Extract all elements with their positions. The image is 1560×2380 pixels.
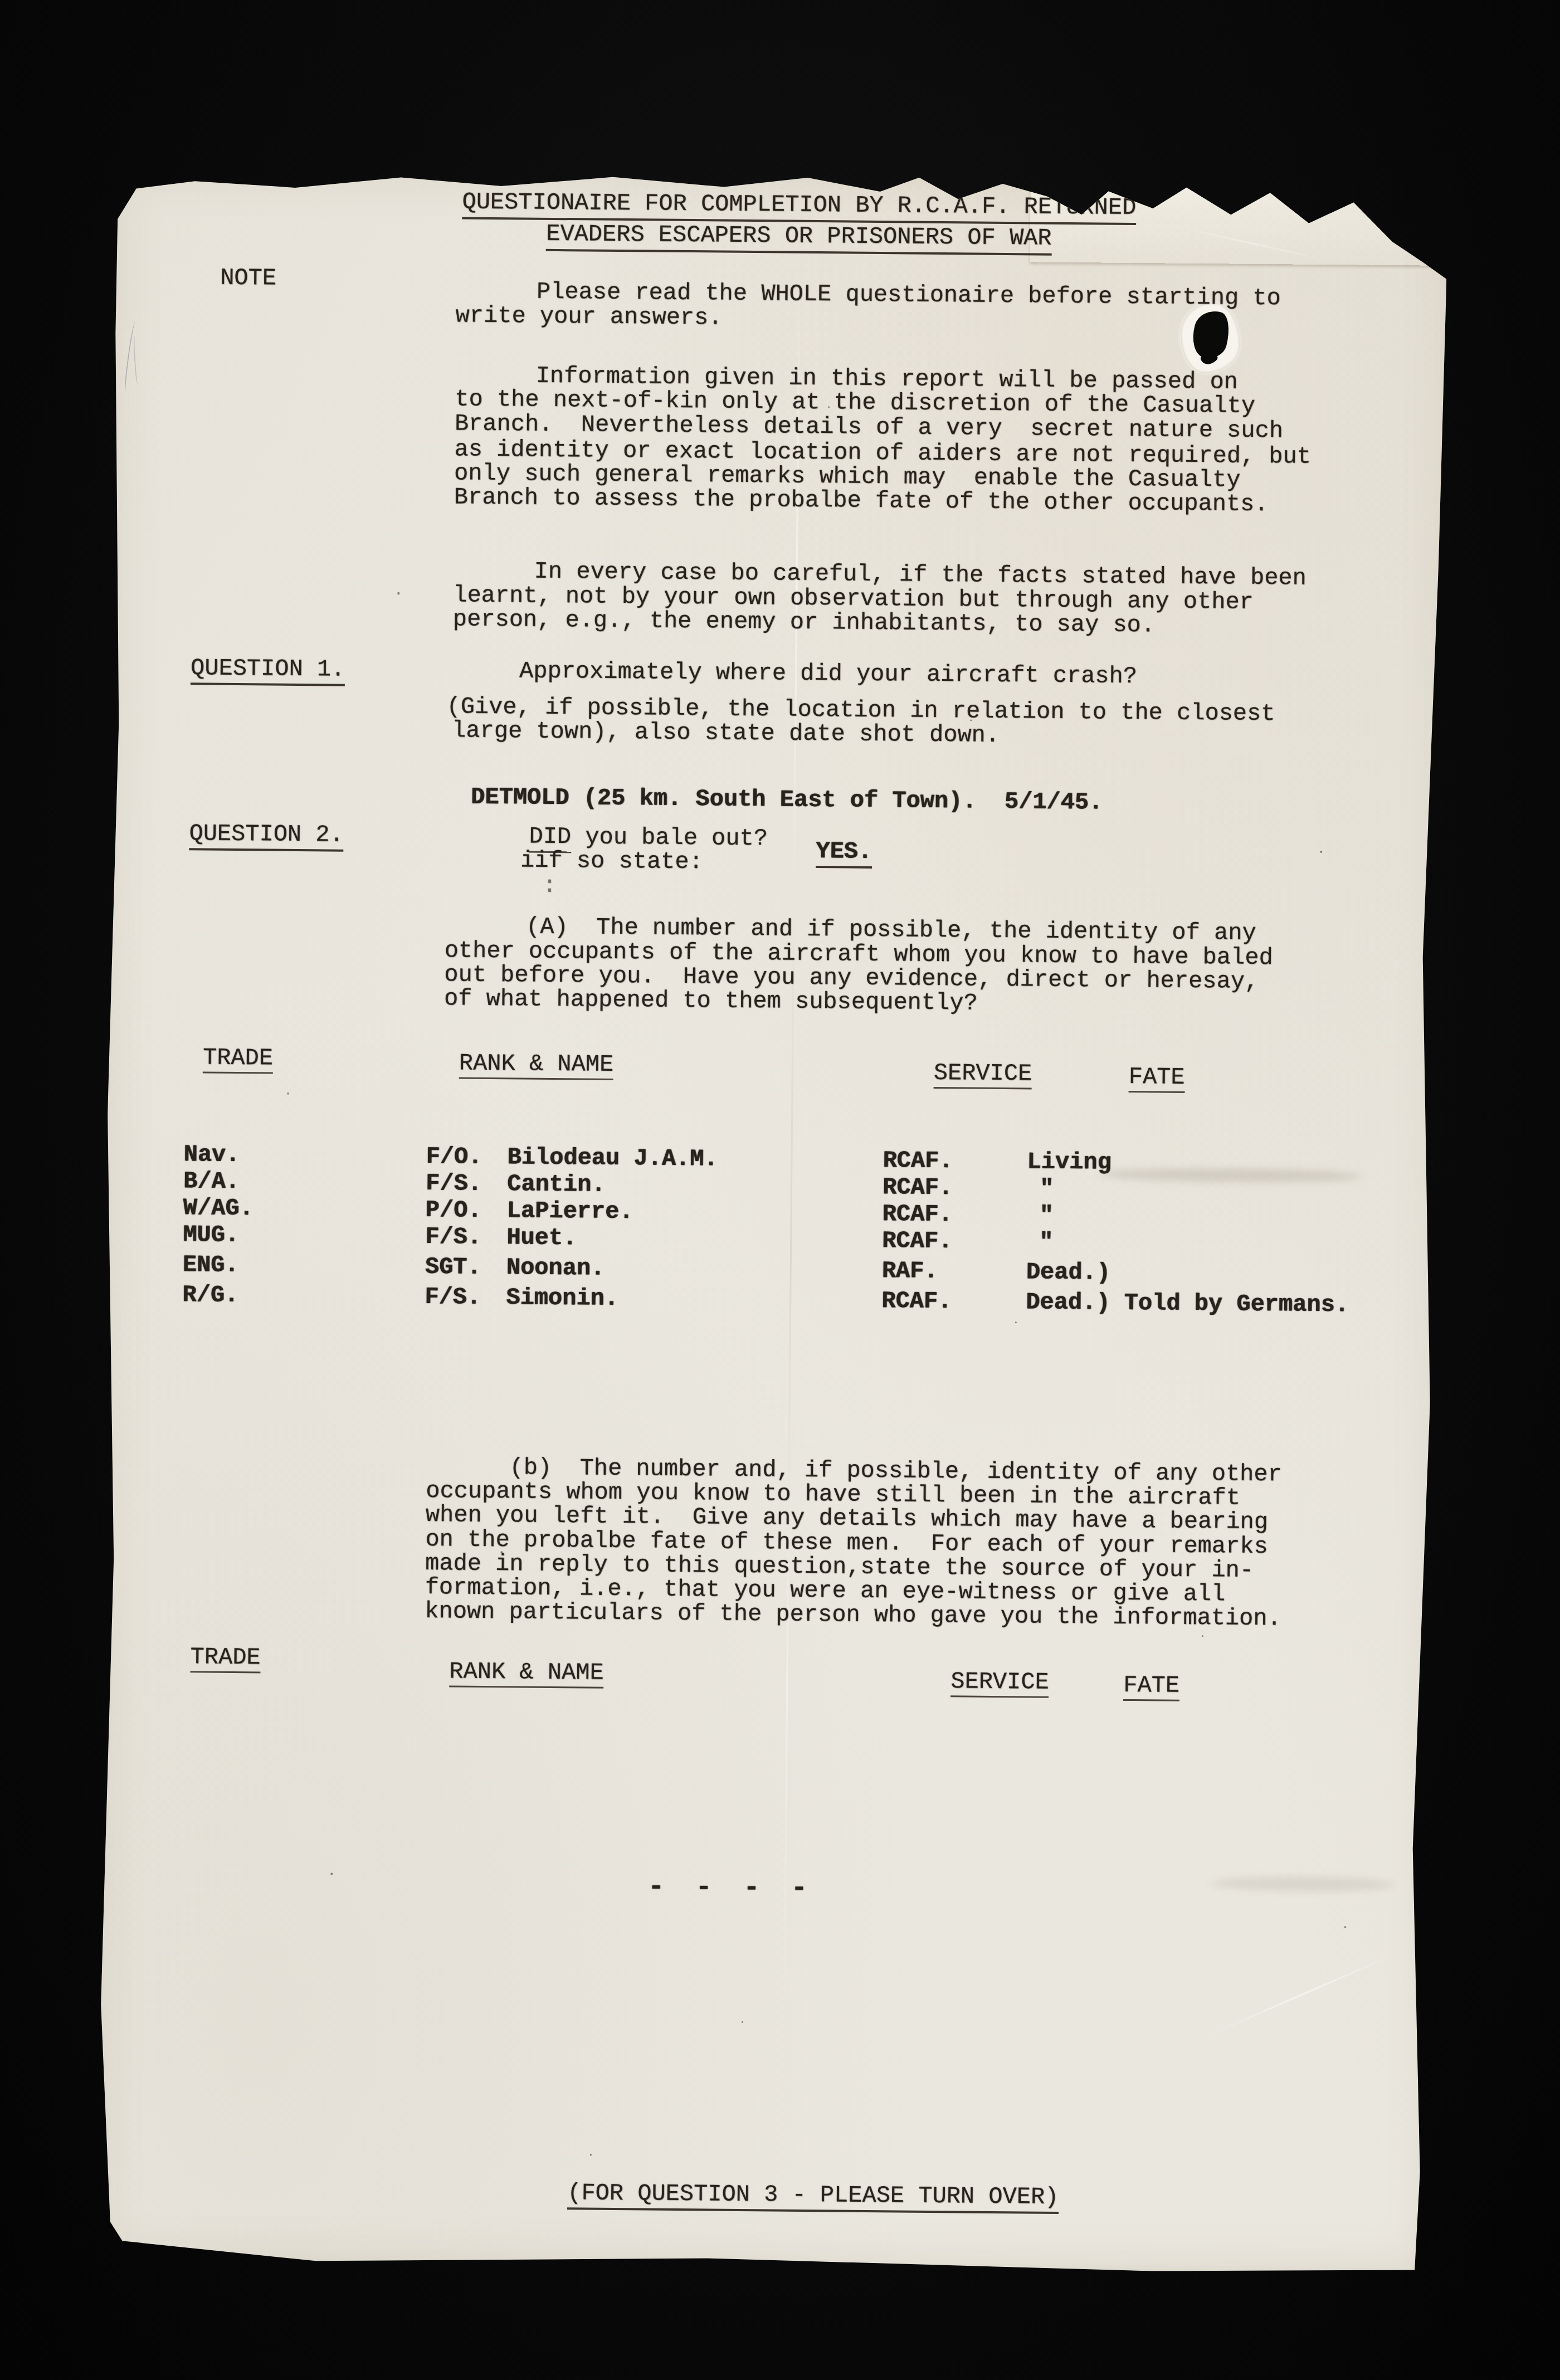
ink-smudge-row1 bbox=[1100, 1168, 1362, 1183]
question2-label: QUESTION 2. bbox=[189, 821, 344, 851]
vertical-fold-crease bbox=[783, 272, 800, 2027]
diagonal-crease-bottom-right bbox=[1207, 1950, 1402, 2036]
separator-dashes: - - - - bbox=[648, 1875, 815, 1902]
crew-name: Noonan. bbox=[506, 1255, 605, 1281]
crew-row: R/G. F/S. Simonin. RCAF. Dead.) Told by … bbox=[111, 166, 1454, 178]
table2-header-trade: TRADE bbox=[190, 1644, 260, 1673]
question1-label: QUESTION 1. bbox=[191, 655, 345, 686]
crew-service: RCAF. bbox=[882, 1201, 952, 1227]
crew-name: Bilodeau J.A.M. bbox=[507, 1144, 718, 1172]
question1-line: Approximately where did your aircraft cr… bbox=[519, 658, 1137, 689]
paper-specks bbox=[111, 166, 1454, 178]
crew-trade: ENG. bbox=[183, 1252, 239, 1278]
table2-header-fate: FATE bbox=[1123, 1672, 1179, 1701]
photo-background: { "document": { "title_line1": "QUESTION… bbox=[0, 0, 1560, 2380]
crew-fate: " bbox=[1039, 1230, 1054, 1255]
crew-name: Huet. bbox=[506, 1225, 577, 1251]
crew-fate: " bbox=[1039, 1203, 1054, 1228]
question2-answer: YES. bbox=[816, 838, 872, 869]
crew-rank: F/S. bbox=[426, 1171, 482, 1197]
crew-row: MUG. F/S. Huet. RCAF. " bbox=[111, 166, 1454, 178]
crew-service: RCAF. bbox=[882, 1228, 952, 1254]
question1-answer: DETMOLD (25 km. South East of Town). 5/1… bbox=[471, 784, 1103, 816]
section-a-line: of what happened to them subsequently? bbox=[444, 986, 978, 1016]
table2-header-service: SERVICE bbox=[950, 1669, 1049, 1698]
crew-row: B/A. F/S. Cantin. RCAF. " bbox=[111, 166, 1454, 178]
crew-service: RAF. bbox=[882, 1258, 938, 1284]
crew-rank: F/O. bbox=[426, 1144, 482, 1170]
crew-service: RCAF. bbox=[883, 1148, 953, 1174]
crew-fate: Living bbox=[1027, 1149, 1111, 1175]
crew-fate: Dead.) Told by Germans. bbox=[1026, 1289, 1349, 1318]
crew-fate: Dead.) bbox=[1026, 1259, 1111, 1285]
crew-trade: MUG. bbox=[183, 1222, 239, 1248]
crew-rank: F/S. bbox=[425, 1224, 481, 1250]
crew-service: RCAF. bbox=[883, 1174, 953, 1201]
crew-name: Cantin. bbox=[507, 1171, 606, 1198]
smudge-mid-right bbox=[1211, 1876, 1395, 1892]
care-paragraph-line: person, e.g., the enemy or inhabitants, … bbox=[453, 606, 1156, 638]
crew-trade: W/AG. bbox=[183, 1195, 253, 1221]
crew-name: LaPierre. bbox=[506, 1198, 633, 1225]
crew-rank: P/O. bbox=[425, 1197, 481, 1223]
document-title: QUESTIONAIRE FOR COMPLETION BY R.C.A.F. … bbox=[133, 186, 1465, 223]
crew-trade: B/A. bbox=[183, 1168, 240, 1194]
table1-header-service: SERVICE bbox=[934, 1060, 1032, 1090]
crew-name: Simonin. bbox=[506, 1285, 618, 1311]
table1-header-trade: TRADE bbox=[203, 1045, 273, 1074]
table2-header-rank-name: RANK & NAME bbox=[449, 1659, 604, 1688]
note-line: write your answers. bbox=[455, 303, 722, 330]
scanned-questionnaire-page: QUESTIONAIRE FOR COMPLETION BY R.C.A.F. … bbox=[93, 166, 1454, 2275]
crew-row: Nav. F/O. Bilodeau J.A.M. RCAF. Living bbox=[111, 166, 1454, 178]
question2-condition: iif so state: bbox=[520, 847, 703, 875]
note-label: NOTE bbox=[220, 265, 276, 291]
crew-trade: R/G. bbox=[182, 1282, 238, 1308]
stray-typed-mark: : bbox=[543, 873, 557, 899]
pencil-mark-left-edge-2 bbox=[133, 336, 139, 384]
footer-turn-over-note: (FOR QUESTION 3 - PLEASE TURN OVER) bbox=[567, 2180, 1059, 2214]
crew-row: ENG. SGT. Noonan. RAF. Dead.) bbox=[111, 166, 1454, 178]
table1-header-rank-name: RANK & NAME bbox=[459, 1051, 614, 1080]
crew-trade: Nav. bbox=[183, 1142, 240, 1168]
crew-rank: F/S. bbox=[425, 1284, 481, 1310]
crew-service: RCAF. bbox=[881, 1288, 952, 1314]
crew-row: W/AG. P/O. LaPierre. RCAF. " bbox=[111, 166, 1454, 178]
question1-line: large town), also state date shot down. bbox=[452, 718, 1000, 748]
title-line-2: EVADERS ESCAPERS OR PRISONERS OF WAR bbox=[546, 221, 1052, 256]
crew-rank: SGT. bbox=[425, 1254, 481, 1280]
title-line-1: QUESTIONAIRE FOR COMPLETION BY R.C.A.F. … bbox=[462, 188, 1136, 225]
crew-fate: " bbox=[1040, 1176, 1054, 1202]
table1-header-fate: FATE bbox=[1129, 1064, 1185, 1093]
